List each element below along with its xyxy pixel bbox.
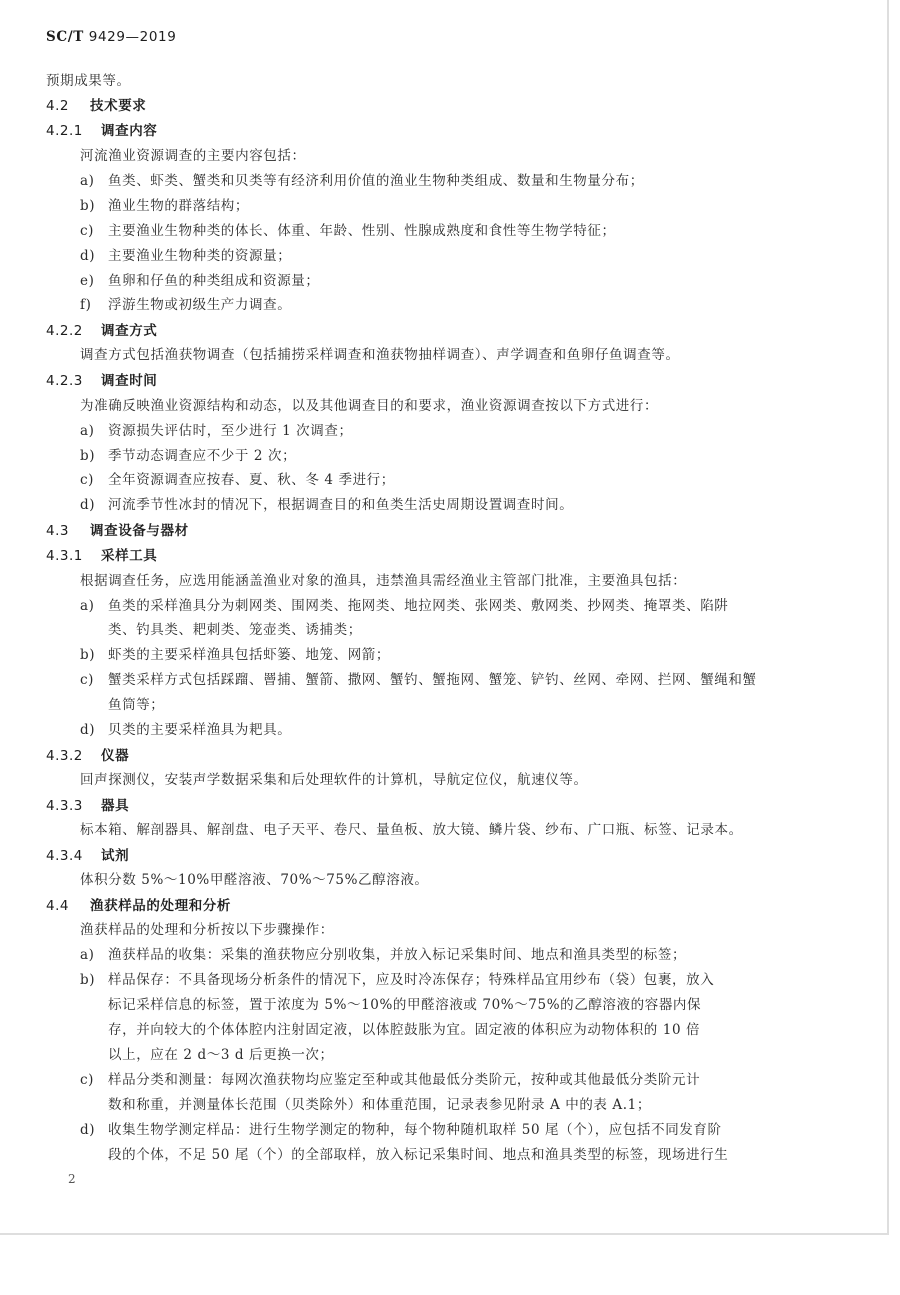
list-item-text: 浮游生物或初级生产力调查。 [108,297,291,313]
page-number: 2 [68,1170,76,1188]
heading-number: 4.4 [46,897,90,915]
list-item-text: 主要渔业生物种类的体长、体重、年龄、性别、性腺成熟度和食性等生物学特征； [108,223,616,239]
list-marker: a) [80,597,108,615]
list-item: f)浮游生物或初级生产力调查。 [80,296,291,314]
heading-number: 4.2 [46,97,90,115]
list-item-text: 鱼类、虾类、蟹类和贝类等有经济利用价值的渔业生物种类组成、数量和生物量分布； [108,173,644,189]
list-item-continuation: 数和称重，并测量体长范围（贝类除外）和体重范围，记录表参见附录 A 中的表 A.… [108,1096,651,1114]
list-marker: b) [80,197,108,215]
heading-number: 4.2.2 [46,322,101,340]
list-marker: a) [80,422,108,440]
list-item-text: 贝类的主要采样渔具为耙具。 [108,722,291,738]
paragraph: 回声探测仪，安装声学数据采集和后处理软件的计算机，导航定位仪，航速仪等。 [80,771,588,789]
heading-number: 4.3.1 [46,547,101,565]
heading-4-3-4: 4.3.4试剂 [46,847,129,865]
list-marker: d) [80,247,108,265]
list-marker: c) [80,471,108,489]
list-item: a)鱼类、虾类、蟹类和贝类等有经济利用价值的渔业生物种类组成、数量和生物量分布； [80,172,644,190]
list-item-text: 样品分类和测量：每网次渔获物均应鉴定至种或其他最低分类阶元，按种或其他最低分类阶… [108,1072,700,1088]
list-marker: f) [80,296,108,314]
list-item: c)蟹类采样方式包括踩蹓、罾捕、蟹箭、撒网、蟹钓、蟹拖网、蟹笼、铲钓、丝网、牵网… [80,671,757,689]
heading-4-2: 4.2技术要求 [46,97,146,115]
heading-4-3-1: 4.3.1采样工具 [46,547,157,565]
list-item: a)渔获样品的收集：采集的渔获物应分别收集，并放入标记采集时间、地点和渔具类型的… [80,946,686,964]
continuation-text: 预期成果等。 [46,72,131,90]
list-marker: d) [80,1121,108,1139]
heading-4-3: 4.3调查设备与器材 [46,522,189,540]
heading-4-2-3: 4.2.3调查时间 [46,372,157,390]
list-item-text: 河流季节性冰封的情况下，根据调查目的和鱼类生活史周期设置调查时间。 [108,497,573,513]
paragraph: 体积分数 5%～10%甲醛溶液、70%～75%乙醇溶液。 [80,871,429,889]
list-item-continuation: 段的个体，不足 50 尾（个）的全部取样，放入标记采集时间、地点和渔具类型的标签… [108,1146,728,1164]
heading-title: 调查内容 [101,123,157,139]
heading-4-3-3: 4.3.3器具 [46,797,129,815]
list-item: b)渔业生物的群落结构； [80,197,249,215]
heading-title: 调查时间 [101,373,157,389]
list-item-continuation: 鱼筒等； [108,696,164,714]
heading-4-2-1: 4.2.1调查内容 [46,122,157,140]
paragraph: 标本箱、解剖器具、解剖盘、电子天平、卷尺、量鱼板、放大镜、鳞片袋、纱布、广口瓶、… [80,821,743,839]
list-marker: a) [80,172,108,190]
list-item-text: 渔业生物的群落结构； [108,198,249,214]
heading-title: 器具 [101,798,129,814]
list-item: b)虾类的主要采样渔具包括虾篓、地笼、网箭； [80,646,390,664]
paragraph-intro: 渔获样品的处理和分析按以下步骤操作： [80,921,334,939]
list-item-text: 主要渔业生物种类的资源量； [108,248,291,264]
list-marker: b) [80,646,108,664]
list-item-continuation: 以上，应在 2 d～3 d 后更换一次； [108,1046,334,1064]
standard-prefix: SC/T [46,29,84,45]
list-item-text: 全年资源调查应按春、夏、秋、冬 4 季进行； [108,472,395,488]
list-item: c)主要渔业生物种类的体长、体重、年龄、性别、性腺成熟度和食性等生物学特征； [80,222,616,240]
list-marker: c) [80,222,108,240]
list-item: b)样品保存：不具备现场分析条件的情况下，应及时冷冻保存；特殊样品宜用纱布（袋）… [80,971,714,989]
document-page: SC/T 9429—2019 预期成果等。 4.2技术要求 4.2.1调查内容 … [0,0,889,1235]
heading-title: 仪器 [101,748,129,764]
list-item-text: 虾类的主要采样渔具包括虾篓、地笼、网箭； [108,647,390,663]
heading-number: 4.2.1 [46,122,101,140]
list-marker: e) [80,272,108,290]
list-item-text: 资源损失评估时，至少进行 1 次调查； [108,423,353,439]
heading-4-3-2: 4.3.2仪器 [46,747,129,765]
list-item-continuation: 类、钓具类、耙刺类、笼壶类、诱捕类； [108,621,362,639]
heading-title: 采样工具 [101,548,157,564]
heading-number: 4.3.3 [46,797,101,815]
list-marker: d) [80,496,108,514]
list-marker: b) [80,971,108,989]
list-item-continuation: 标记采样信息的标签，置于浓度为 5%～10%的甲醛溶液或 70%～75%的乙醇溶… [108,996,701,1014]
list-item: c)样品分类和测量：每网次渔获物均应鉴定至种或其他最低分类阶元，按种或其他最低分… [80,1071,700,1089]
list-item: a)资源损失评估时，至少进行 1 次调查； [80,422,353,440]
paragraph-intro: 为准确反映渔业资源结构和动态，以及其他调查目的和要求，渔业资源调查按以下方式进行… [80,397,658,415]
list-item-text: 收集生物学测定样品：进行生物学测定的物种，每个物种随机取样 50 尾（个），应包… [108,1122,722,1138]
standard-number: 9429—2019 [89,29,177,45]
list-item: d)收集生物学测定样品：进行生物学测定的物种，每个物种随机取样 50 尾（个），… [80,1121,722,1139]
list-marker: b) [80,447,108,465]
list-item-text: 渔获样品的收集：采集的渔获物应分别收集，并放入标记采集时间、地点和渔具类型的标签… [108,947,686,963]
heading-title: 渔获样品的处理和分析 [90,898,231,914]
list-item: d)贝类的主要采样渔具为耙具。 [80,721,291,739]
list-item: a)鱼类的采样渔具分为刺网类、围网类、拖网类、地拉网类、张网类、敷网类、抄网类、… [80,597,728,615]
paragraph: 调查方式包括渔获物调查（包括捕捞采样调查和渔获物抽样调查）、声学调查和鱼卵仔鱼调… [80,346,680,364]
paragraph-intro: 河流渔业资源调查的主要内容包括： [80,147,306,165]
heading-number: 4.2.3 [46,372,101,390]
list-item: b)季节动态调查应不少于 2 次； [80,447,296,465]
list-item-continuation: 存，并向较大的个体体腔内注射固定液，以体腔鼓胀为宜。固定液的体积应为动物体积的 … [108,1021,700,1039]
heading-title: 调查方式 [101,323,157,339]
heading-4-2-2: 4.2.2调查方式 [46,322,157,340]
list-item-text: 鱼类的采样渔具分为刺网类、围网类、拖网类、地拉网类、张网类、敷网类、抄网类、掩罩… [108,598,728,614]
list-item: e)鱼卵和仔鱼的种类组成和资源量； [80,272,320,290]
list-item-text: 蟹类采样方式包括踩蹓、罾捕、蟹箭、撒网、蟹钓、蟹拖网、蟹笼、铲钓、丝网、牵网、拦… [108,672,757,688]
heading-title: 试剂 [101,848,129,864]
heading-number: 4.3 [46,522,90,540]
list-item: d)主要渔业生物种类的资源量； [80,247,291,265]
list-item-text: 鱼卵和仔鱼的种类组成和资源量； [108,273,320,289]
list-item: d)河流季节性冰封的情况下，根据调查目的和鱼类生活史周期设置调查时间。 [80,496,573,514]
list-marker: c) [80,671,108,689]
heading-number: 4.3.2 [46,747,101,765]
heading-number: 4.3.4 [46,847,101,865]
heading-title: 技术要求 [90,98,146,114]
heading-4-4: 4.4渔获样品的处理和分析 [46,897,231,915]
standard-code: SC/T 9429—2019 [46,28,176,46]
list-item: c)全年资源调查应按春、夏、秋、冬 4 季进行； [80,471,395,489]
list-marker: c) [80,1071,108,1089]
list-marker: d) [80,721,108,739]
list-item-text: 季节动态调查应不少于 2 次； [108,448,296,464]
list-item-text: 样品保存：不具备现场分析条件的情况下，应及时冷冻保存；特殊样品宜用纱布（袋）包裹… [108,972,714,988]
list-marker: a) [80,946,108,964]
paragraph-intro: 根据调查任务，应选用能涵盖渔业对象的渔具，违禁渔具需经渔业主管部门批准，主要渔具… [80,572,686,590]
heading-title: 调查设备与器材 [90,523,189,539]
